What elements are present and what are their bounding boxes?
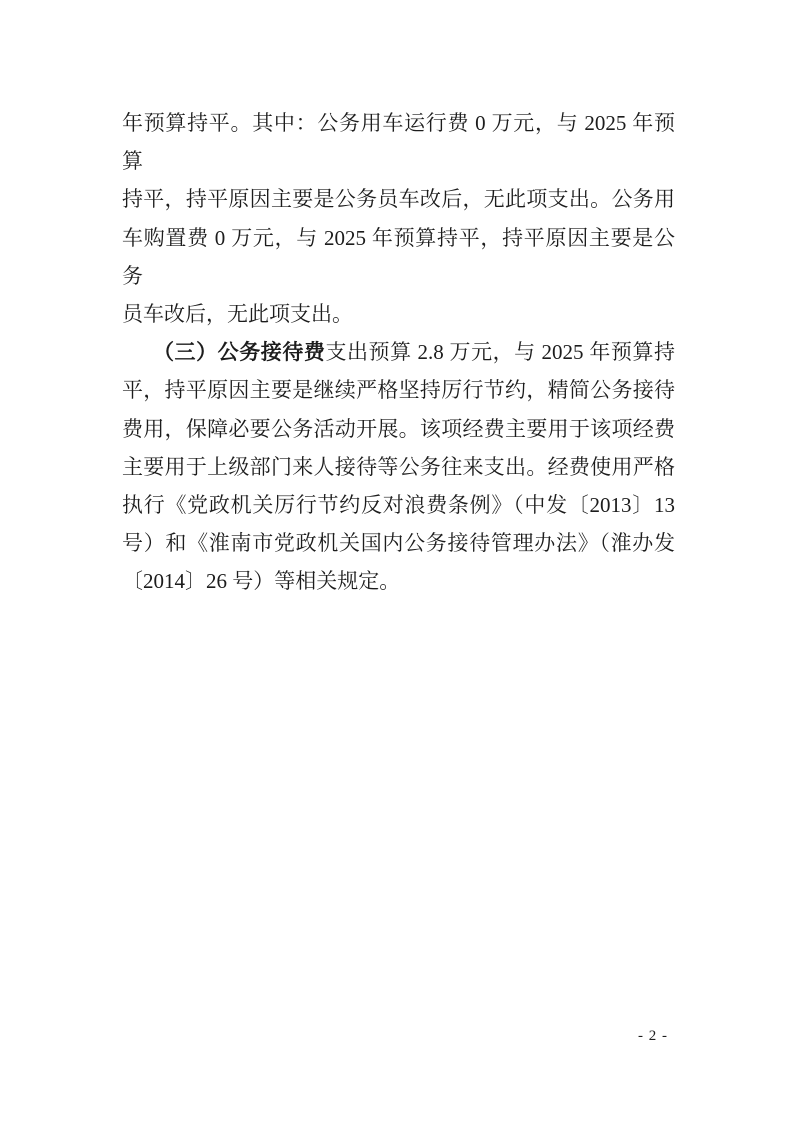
text-segment: 主要用于上级部门来人接待等公务往来支出。经费使用严格 (122, 455, 675, 479)
text-line: （三）公务接待费支出预算 2.8 万元，与 2025 年预算持 (122, 333, 675, 371)
document-body: 年预算持平。其中：公务用车运行费 0 万元，与 2025 年预算持平，持平原因主… (122, 104, 675, 601)
page-number: - 2 - (638, 1028, 668, 1044)
document-page: 年预算持平。其中：公务用车运行费 0 万元，与 2025 年预算持平，持平原因主… (0, 0, 793, 1122)
text-segment: 车购置费 0 万元，与 2025 年预算持平，持平原因主要是公务 (122, 226, 675, 288)
bold-text-segment: （三）公务接待费 (153, 340, 325, 364)
text-segment: 号）和《淮南市党政机关国内公务接待管理办法》（淮办发 (122, 531, 675, 555)
text-segment: 支出预算 2.8 万元，与 2025 年预算持 (325, 340, 675, 364)
text-segment: 年预算持平。其中：公务用车运行费 0 万元，与 2025 年预算 (122, 111, 675, 173)
text-segment: 〔2014〕26 号）等相关规定。 (122, 569, 400, 593)
text-line: 平，持平原因主要是继续严格坚持厉行节约，精简公务接待 (122, 371, 675, 409)
text-segment: 持平，持平原因主要是公务员车改后，无此项支出。公务用 (122, 187, 675, 211)
text-line: 员车改后，无此项支出。 (122, 295, 675, 333)
text-segment: 费用，保障必要公务活动开展。该项经费主要用于该项经费 (122, 417, 675, 441)
text-segment: 执行《党政机关厉行节约反对浪费条例》（中发〔2013〕13 (122, 493, 675, 517)
text-line: 主要用于上级部门来人接待等公务往来支出。经费使用严格 (122, 448, 675, 486)
text-line: 费用，保障必要公务活动开展。该项经费主要用于该项经费 (122, 410, 675, 448)
text-line: 执行《党政机关厉行节约反对浪费条例》（中发〔2013〕13 (122, 486, 675, 524)
text-line: 持平，持平原因主要是公务员车改后，无此项支出。公务用 (122, 180, 675, 218)
text-line: 年预算持平。其中：公务用车运行费 0 万元，与 2025 年预算 (122, 104, 675, 180)
text-segment: 平，持平原因主要是继续严格坚持厉行节约，精简公务接待 (122, 378, 675, 402)
page-footer: - 2 - (122, 1028, 675, 1045)
text-line: 〔2014〕26 号）等相关规定。 (122, 562, 675, 600)
text-line: 车购置费 0 万元，与 2025 年预算持平，持平原因主要是公务 (122, 219, 675, 295)
text-segment: 员车改后，无此项支出。 (122, 302, 353, 326)
text-line: 号）和《淮南市党政机关国内公务接待管理办法》（淮办发 (122, 524, 675, 562)
